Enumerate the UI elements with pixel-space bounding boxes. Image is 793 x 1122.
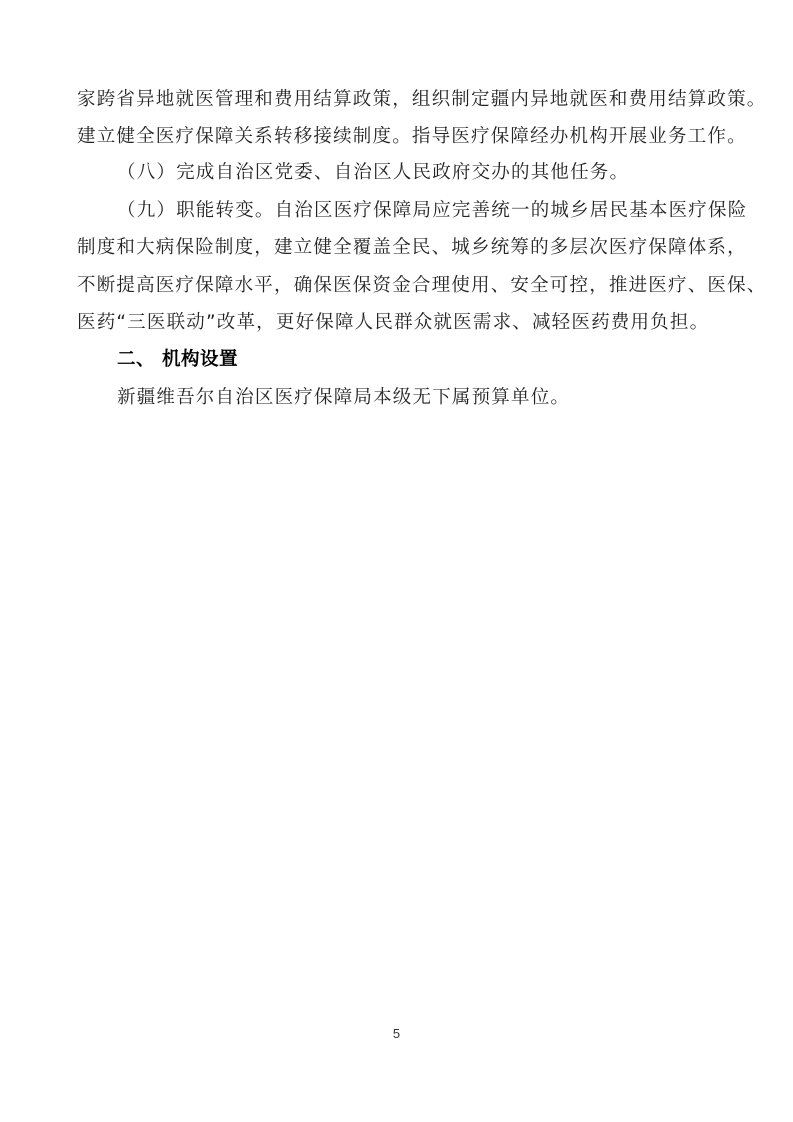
paragraph-item-8: （八）完成自治区党委、自治区人民政府交办的其他任务。 [117, 161, 762, 185]
paragraph-line: 制度和大病保险制度，建立健全覆盖全民、城乡统筹的多层次医疗保障体系， [77, 236, 722, 260]
paragraph-line: 家跨省异地就医管理和费用结算政策，组织制定疆内异地就医和费用结算政策。 [77, 88, 722, 112]
paragraph-line: 建立健全医疗保障关系转移接续制度。指导医疗保障经办机构开展业务工作。 [77, 125, 722, 149]
paragraph-line: 不断提高医疗保障水平，确保医保资金合理使用、安全可控，推进医疗、医保、 [77, 274, 722, 298]
document-page: 家跨省异地就医管理和费用结算政策，组织制定疆内异地就医和费用结算政策。 建立健全… [0, 0, 793, 1122]
section-body: 新疆维吾尔自治区医疗保障局本级无下属预算单位。 [117, 386, 762, 410]
paragraph-item-9: （九）职能转变。自治区医疗保障局应完善统一的城乡居民基本医疗保险 [117, 199, 762, 223]
paragraph-line: 医药“三医联动”改革，更好保障人民群众就医需求、减轻医药费用负担。 [77, 311, 722, 335]
page-number: 5 [0, 1026, 793, 1041]
section-heading: 二、 机构设置 [117, 348, 762, 372]
